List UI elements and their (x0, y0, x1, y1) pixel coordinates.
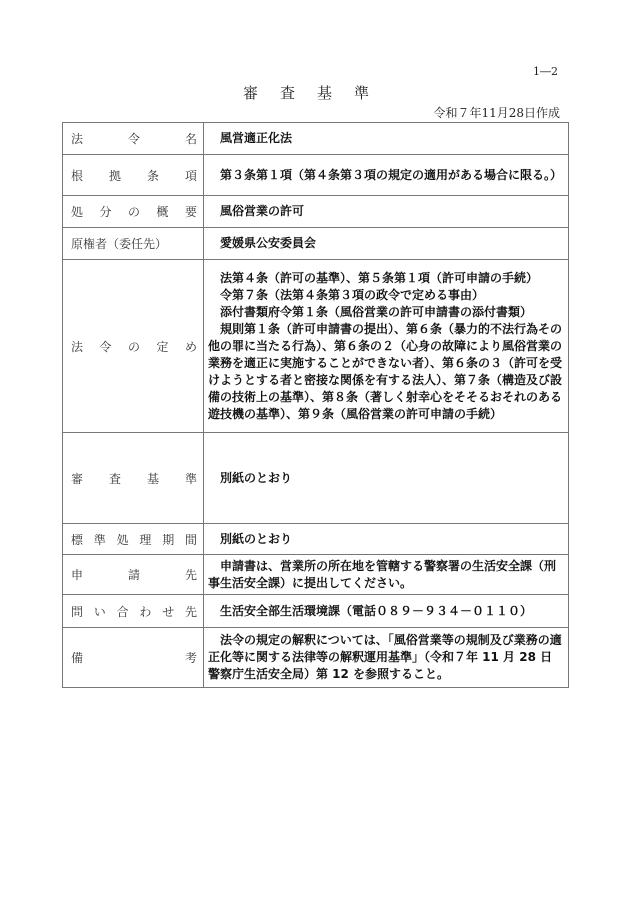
row-value: 風営適正化法 (204, 123, 569, 155)
row-value: 風俗営業の許可 (204, 196, 569, 228)
row-label: 根拠条項 (63, 155, 204, 196)
row-label: 法令名 (63, 123, 204, 155)
table-row: 備考法令の規定の解釈については、「風俗営業等の規制及び業務の適正化等に関する法律… (63, 628, 569, 688)
created-date: 令和７年11月28日作成 (433, 104, 560, 121)
criteria-table: 法令名風営適正化法根拠条項第３条第１項（第４条第３項の規定の適用がある場合に限る… (62, 122, 569, 688)
row-label: 備考 (63, 628, 204, 688)
row-value: 法令の規定の解釈については、「風俗営業等の規制及び業務の適正化等に関する法律等の… (204, 628, 569, 688)
table-row: 申請先申請書は、営業所の所在地を管轄する警察署の生活安全課（刑事生活安全課）に提… (63, 555, 569, 595)
table-row: 法令名風営適正化法 (63, 123, 569, 155)
row-value: 愛媛県公安委員会 (204, 228, 569, 260)
row-value: 第３条第１項（第４条第３項の規定の適用がある場合に限る。） (204, 155, 569, 196)
table-row: 問い合わせ先生活安全部生活環境課（電話０８９－９３４－０１１０） (63, 595, 569, 628)
row-value: 生活安全部生活環境課（電話０８９－９３４－０１１０） (204, 595, 569, 628)
table-row: 処分の概要風俗営業の許可 (63, 196, 569, 228)
table-row: 法令の定め法第４条（許可の基準）、第５条第１項（許可申請の手続）令第７条（法第４… (63, 260, 569, 433)
page-number: 1―2 (533, 65, 558, 78)
row-value: 別紙のとおり (204, 524, 569, 555)
row-label: 問い合わせ先 (63, 595, 204, 628)
document-title: 審査基準 (243, 82, 391, 103)
row-value: 申請書は、営業所の所在地を管轄する警察署の生活安全課（刑事生活安全課）に提出して… (204, 555, 569, 595)
table-row: 根拠条項第３条第１項（第４条第３項の規定の適用がある場合に限る。） (63, 155, 569, 196)
row-label: 原権者（委任先） (63, 228, 204, 260)
table-row: 審査基準別紙のとおり (63, 433, 569, 524)
row-label: 審査基準 (63, 433, 204, 524)
row-label: 処分の概要 (63, 196, 204, 228)
row-value: 別紙のとおり (204, 433, 569, 524)
table-row: 標準処理期間別紙のとおり (63, 524, 569, 555)
row-label: 法令の定め (63, 260, 204, 433)
row-label: 申請先 (63, 555, 204, 595)
row-label: 標準処理期間 (63, 524, 204, 555)
row-value: 法第４条（許可の基準）、第５条第１項（許可申請の手続）令第７条（法第４条第３項の… (204, 260, 569, 433)
table-row: 原権者（委任先）愛媛県公安委員会 (63, 228, 569, 260)
